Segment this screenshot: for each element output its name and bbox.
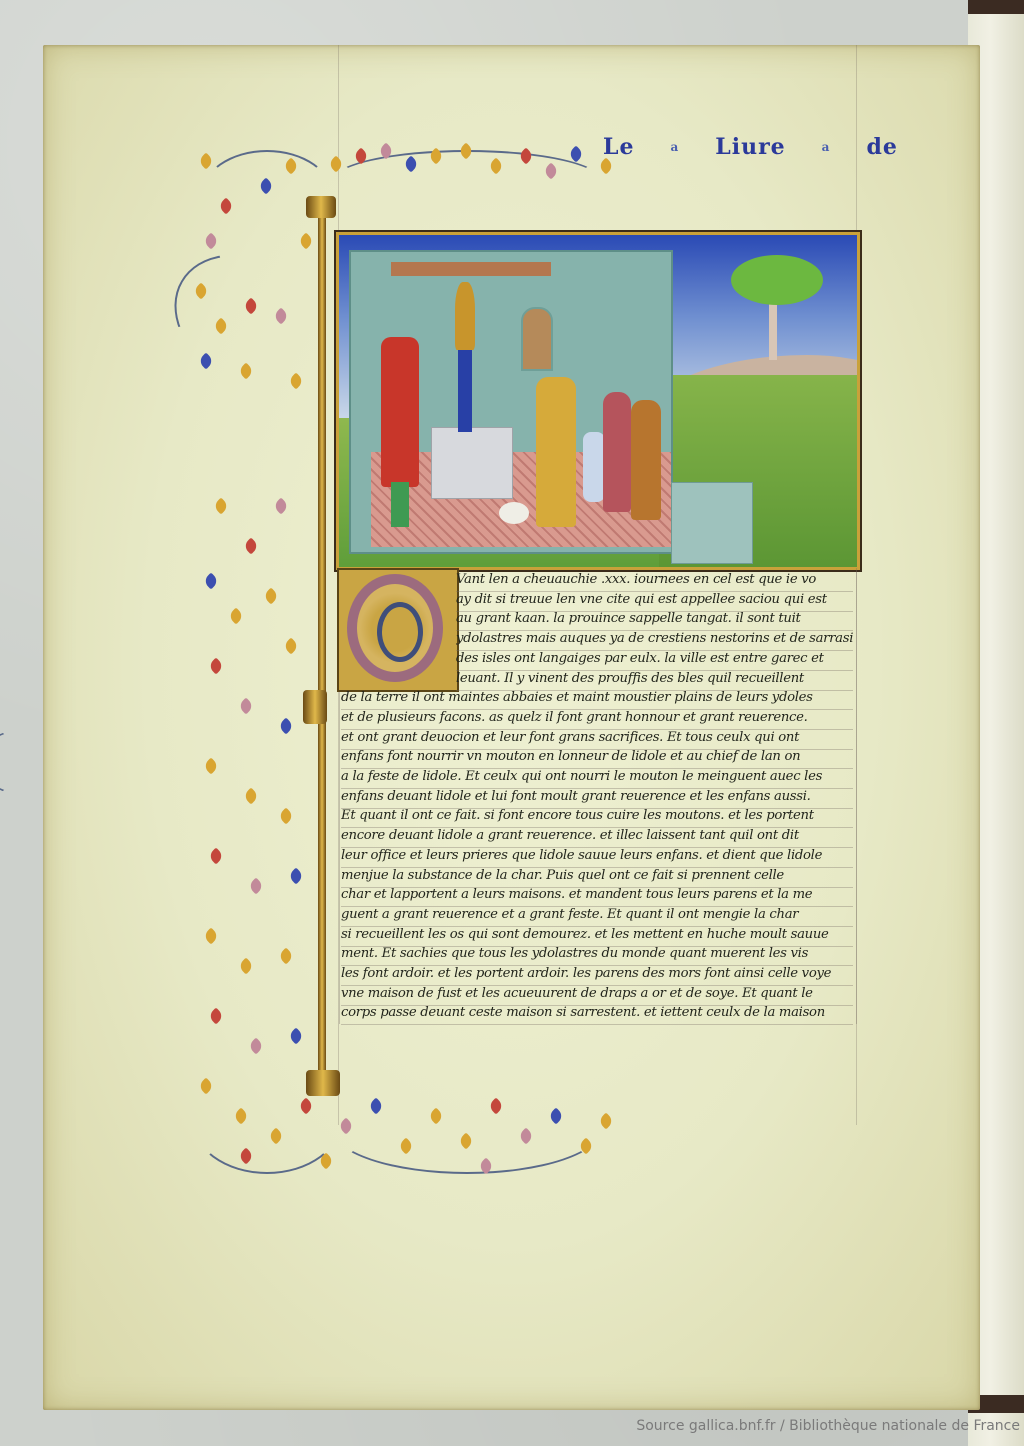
text-line: si recueillent les os qui sont demourez.… [341,925,853,947]
text-line: vne maison de fust et les acueuurent de … [341,984,853,1006]
temple-building [349,250,673,554]
vine-scroll [330,150,604,214]
tree-crown [731,255,823,305]
vine-scroll [200,150,334,244]
figure-woman [603,392,631,512]
vine-scroll [330,1080,604,1174]
source-attribution: Source gallica.bnf.fr / Bibliothèque nat… [636,1418,1020,1434]
text-line: char et lapportent a leurs maisons. et m… [341,885,853,907]
text-line: encore deuant lidole a grant reuerence. … [341,826,853,848]
text-line: et de plusieurs facons. as quelz il font… [341,708,853,730]
running-title-word: Liure [715,134,785,160]
altar [431,427,513,499]
text-line: enfans deuant lidole et lui font moult g… [341,787,853,809]
text-line: menjue la substance de la char. Puis que… [341,866,853,888]
figure-woman [631,400,661,520]
text-line: les font ardoir. et les portent ardoir. … [341,964,853,986]
text-line: a la feste de lidole. Et ceulx qui ont n… [341,767,853,789]
ceiling [391,262,551,276]
text-line: leuant. Il y vinent des prouffis des ble… [456,669,853,691]
text-line: Et quant il ont ce fait. si font encore … [341,806,853,828]
window [521,307,553,371]
text-line: et ont grant deuocion et leur font grans… [341,728,853,750]
running-title-word: de [866,134,897,160]
miniature-illustration [336,232,860,570]
running-title: Le a Liure a de [603,127,853,167]
text-line: des isles ont langaiges par eulx. la vil… [456,649,853,671]
golden-idol [455,282,475,350]
figure-legs [391,482,409,527]
figure-man-in-red [381,337,419,487]
running-title-word: Le [603,134,634,160]
figure-child [583,432,605,502]
text-line: guent a grant reuerence et a grant feste… [341,905,853,927]
text-line: Vant len a cheuauchie .xxx. iournees en … [456,570,853,592]
text-line: ay dit si treuue len vne cite qui est ap… [456,590,853,612]
running-title-separator: a [670,140,679,154]
sheep [499,502,529,524]
text-line: corps passe deuant ceste maison si sarre… [341,1003,853,1025]
text-line: enfans font nourrir vn mouton en lonneur… [341,747,853,769]
blue-column [458,347,472,432]
steps [671,482,753,564]
binding-top [968,0,1024,14]
text-line: de la terre il ont maintes abbaies et ma… [341,688,853,710]
figure-priest-in-yellow [536,377,576,527]
text-line: leur office et leurs prieres que lidole … [341,846,853,868]
running-title-separator: a [822,140,831,154]
decorated-initial [337,568,459,692]
text-line: ment. Et sachies que tous les ydolastres… [341,944,853,966]
text-line: ydolastres mais auques ya de crestiens n… [456,629,853,651]
text-line: au grant kaan. la prouince sappelle tang… [456,609,853,631]
initial-letter-q [347,574,443,682]
